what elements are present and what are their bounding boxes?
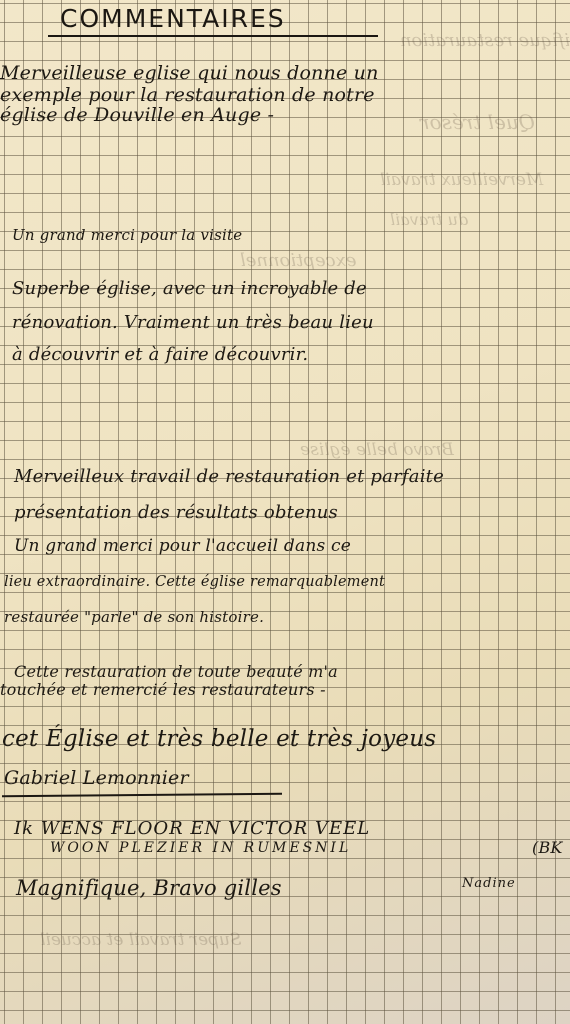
comment-line: Un grand merci pour l'accueil dans ce — [14, 536, 351, 556]
comment-line: (BK — [532, 838, 563, 857]
notebook-page: Magnifique restauration Quel trésor Merv… — [0, 0, 570, 1024]
comment-line: touchée et remercié les restaurateurs - — [0, 680, 326, 699]
comment-line: présentation des résultats obtenus — [14, 502, 338, 523]
bleed-through-text: Super travail et accueil — [40, 930, 242, 950]
comment-line: cet Église et très belle et très joyeus — [2, 726, 436, 752]
page-title: COMMENTAIRES — [60, 4, 286, 33]
bleed-through-text: exceptionnel — [240, 250, 356, 271]
comment-line: lieu extraordinaire. Cette église remarq… — [4, 574, 385, 590]
comment-line: Ik WENS FLOOR EN VICTOR VEEL — [14, 818, 370, 839]
signature: Gabriel Lemonnier — [4, 767, 189, 789]
signature-underline — [2, 793, 282, 797]
comment-line: à découvrir et à faire découvrir. — [12, 344, 308, 365]
comment-line: Magnifique, Bravo gilles — [16, 876, 282, 900]
title-underline — [48, 35, 378, 37]
bleed-through-text: Quel trésor — [420, 110, 535, 134]
bleed-through-text: Merveilleux travail — [380, 170, 543, 190]
signature: Nadine — [462, 876, 516, 891]
comment-line: Superbe église, avec un incroyable de — [12, 278, 367, 299]
comment-line: exemple pour la restauration de notre — [0, 84, 375, 106]
comment-line: WOON PLEZIER IN RUMESNIL — [50, 840, 351, 856]
comment-line: rénovation. Vraiment un très beau lieu — [12, 312, 374, 333]
comment-line: Cette restauration de toute beauté m'a — [14, 662, 338, 681]
comment-line: Merveilleuse eglise qui nous donne un — [0, 62, 379, 84]
bleed-through-text: du travail — [390, 210, 468, 229]
comment-line: restaurée "parle" de son histoire. — [4, 608, 264, 626]
comment-line: Merveilleux travail de restauration et p… — [14, 466, 444, 487]
bleed-through-text: Magnifique restauration — [400, 30, 570, 51]
bleed-through-text: Bravo belle église — [300, 440, 454, 460]
comment-line: église de Douville en Auge - — [0, 104, 274, 126]
comment-line: Un grand merci pour la visite — [12, 226, 242, 244]
